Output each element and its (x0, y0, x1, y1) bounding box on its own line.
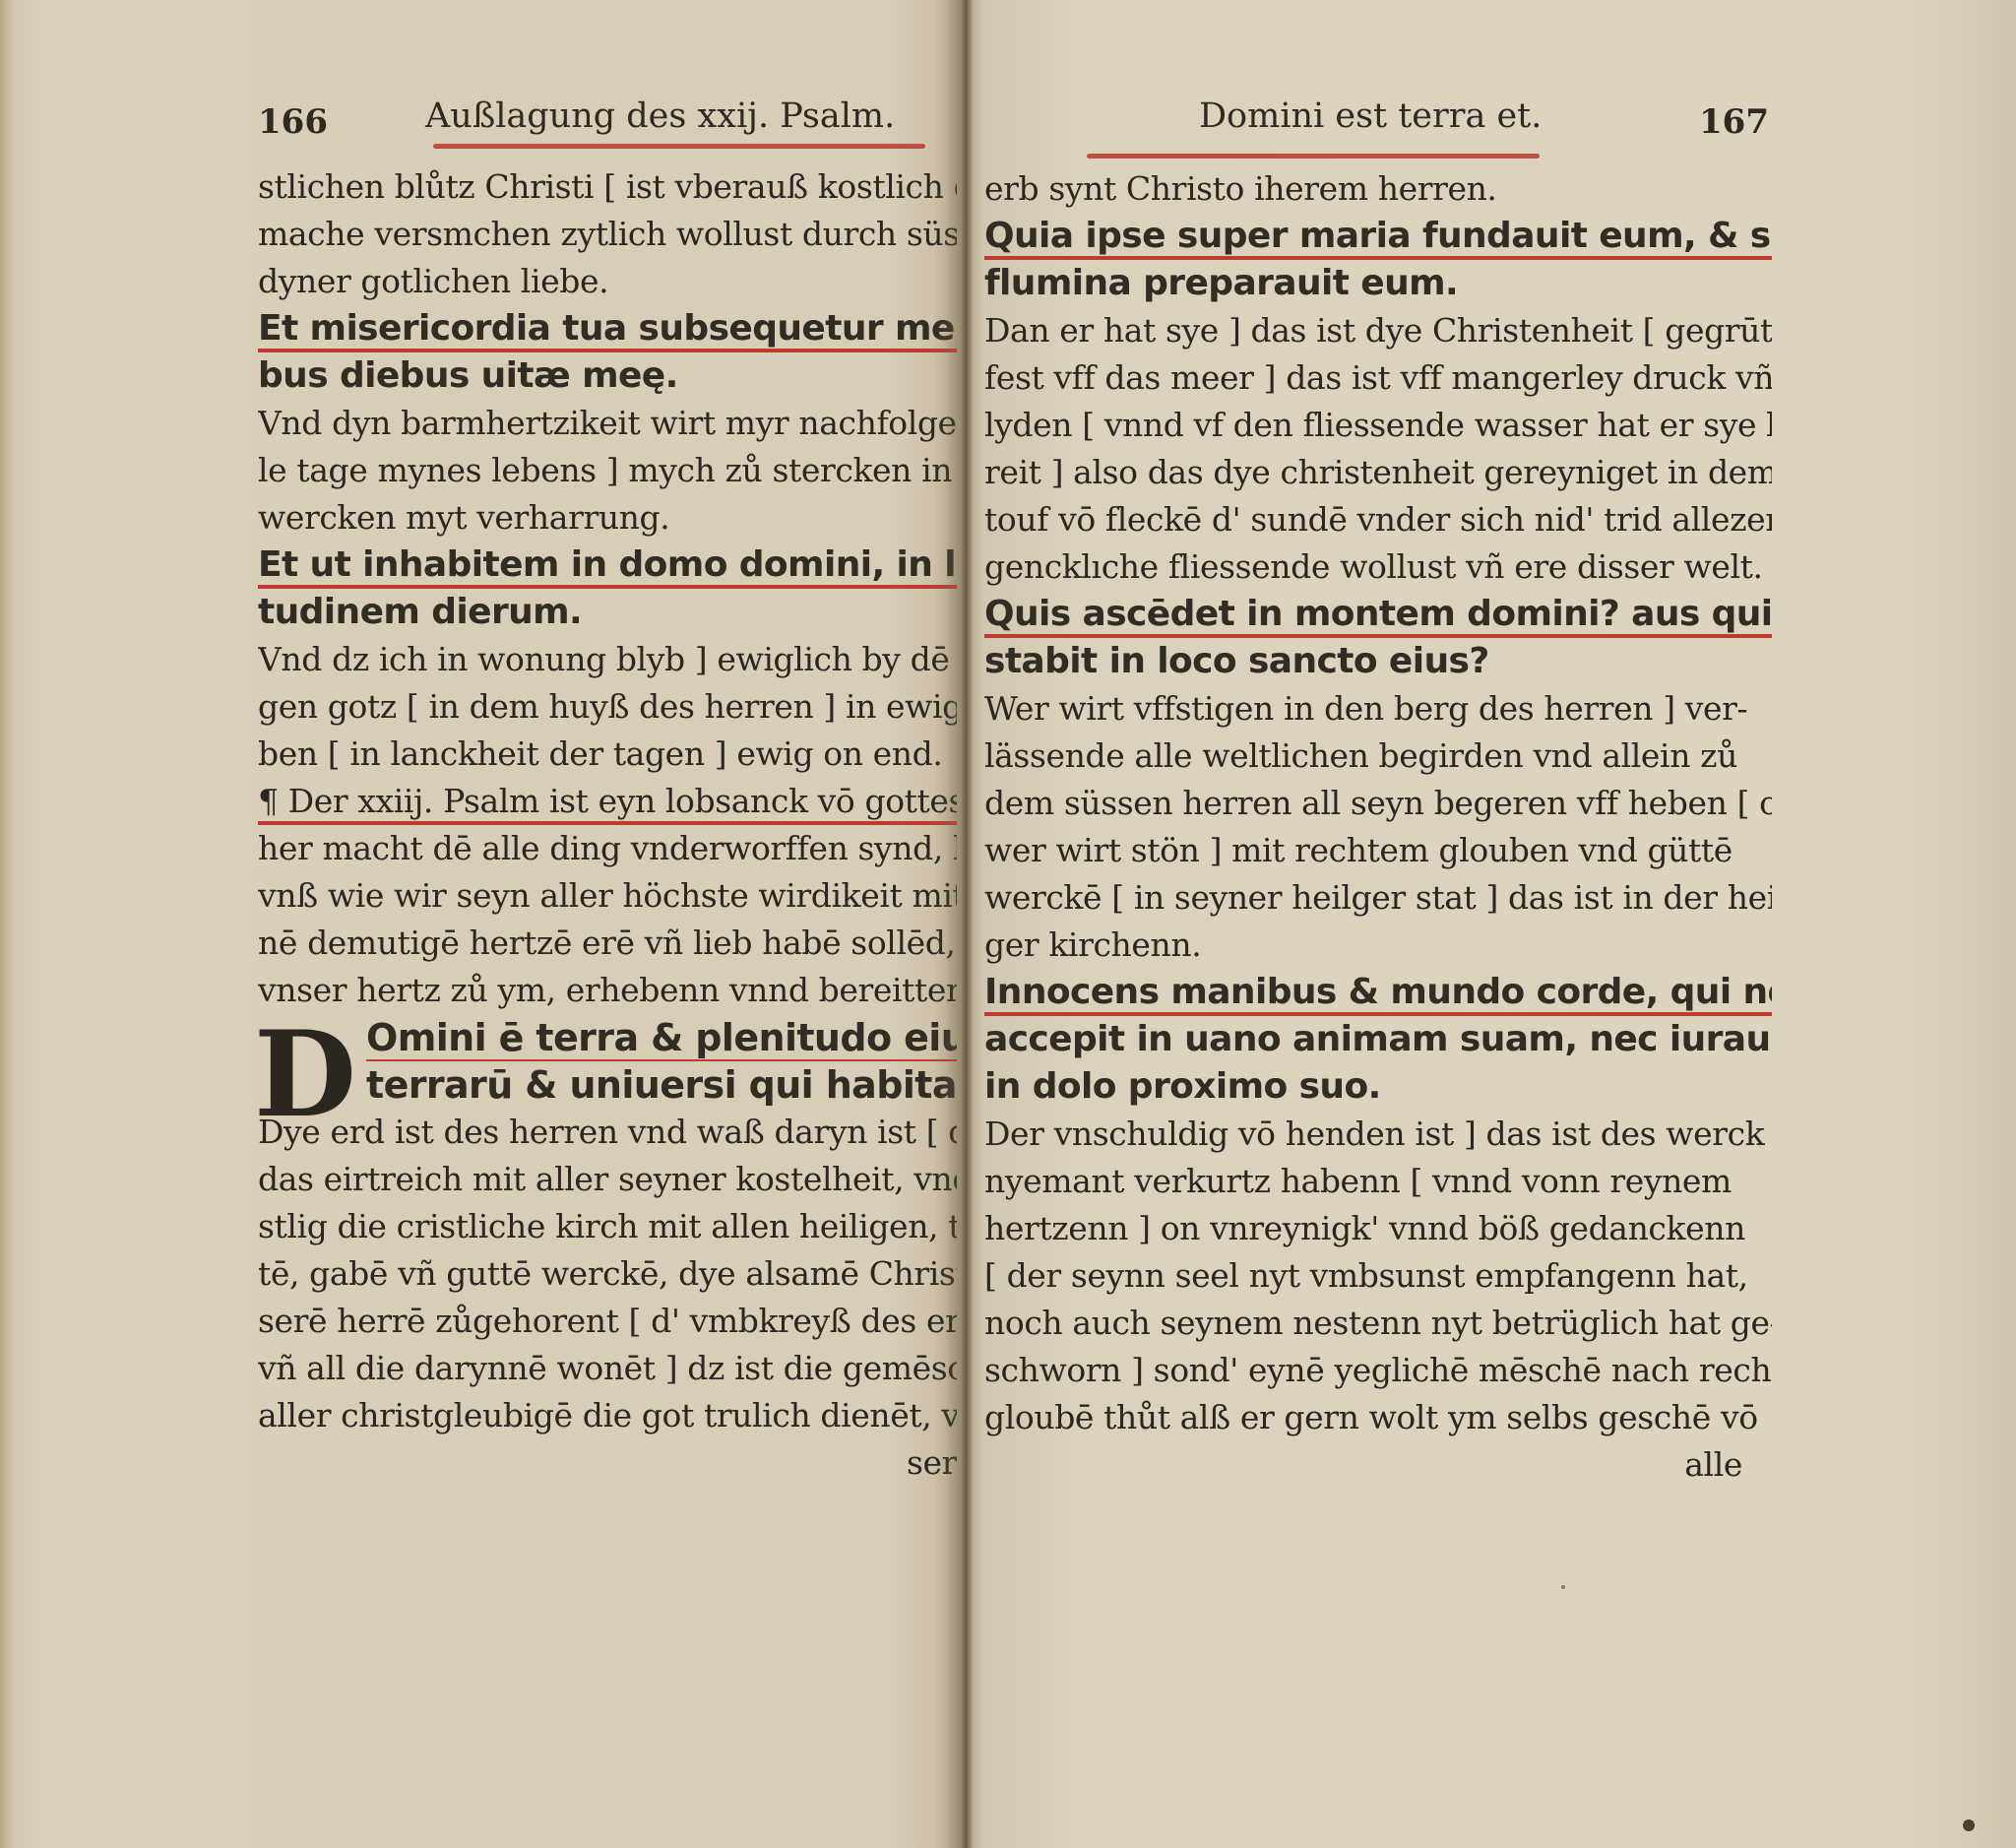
text-line: ger kirchenn. (984, 922, 1772, 969)
latin-verse-line: in dolo proximo suo. (984, 1063, 1772, 1111)
latin-verse-line: Et ut inhabitem in domo domini, in long (258, 542, 957, 589)
latin-verse-line: flumina preparauit eum. (984, 260, 1772, 307)
text-line: Dye erd ist des herren vnd waß daryn ist… (258, 1109, 957, 1156)
latin-verse-line: tudinem dierum. (258, 589, 957, 636)
left-text-column: stlichen blůtz Christi [ ist vberauß kos… (258, 163, 957, 1487)
latin-verse-line: accepit in uano animam suam, nec iurauit (984, 1016, 1772, 1063)
left-folio: 166 (258, 102, 328, 142)
text-line: mache versmchen zytlich wollust durch sü… (258, 211, 957, 258)
text-line: Wer wirt vffstigen in den berg des herre… (984, 685, 1772, 733)
latin-verse-line: Quis ascēdet in montem domini? aus quis (984, 591, 1772, 638)
right-head-rubric-underline (1087, 154, 1540, 159)
text-line: hertzenn ] on vnreynigk' vnnd böß gedanc… (984, 1205, 1772, 1252)
latin-verse-line: Innocens manibus & mundo corde, qui nō (984, 969, 1772, 1016)
drop-cap-initial: D (254, 1016, 356, 1134)
left-page: 166 Außlagung des xxij. Psalm. stlichen … (0, 0, 963, 1848)
text-line: wer wirt stön ] mit rechtem glouben vnd … (984, 827, 1772, 874)
text-line: schworn ] sond' eynē yeglichē mēschē nac… (984, 1347, 1772, 1394)
text-line: Der vnschuldig vō henden ist ] das ist d… (984, 1111, 1772, 1158)
text-line: serē herrē zůgehorent [ d' vmbkreyß des … (258, 1298, 957, 1345)
text-line: nē demutigē hertzē erē vñ lieb habē soll… (258, 920, 957, 967)
text-line: dyner gotlichen liebe. (258, 258, 957, 305)
right-folio: 167 (1699, 102, 1769, 142)
book-spread: 166 Außlagung des xxij. Psalm. stlichen … (0, 0, 2016, 1848)
text-line: Vnd dz ich in wonung blyb ] ewiglich by … (258, 636, 957, 683)
latin-verse-line: bus diebus uitæ meę. (258, 352, 957, 400)
text-line: [ der seynn seel nyt vmbsunst empfangenn… (984, 1252, 1772, 1300)
text-line: gen gotz [ in dem huyß des herren ] in e… (258, 683, 957, 731)
text-line: le tage mynes lebens ] mych zů stercken … (258, 447, 957, 494)
left-head-rubric-underline (433, 144, 925, 149)
text-line: noch auch seynem nestenn nyt betrüglich … (984, 1300, 1772, 1347)
text-line: gloubē thůt alß er gern wolt ym selbs ge… (984, 1394, 1772, 1441)
text-line: vnser hertz zů ym, erhebenn vnnd bereitt… (258, 967, 957, 1014)
text-line: vnß wie wir seyn aller höchste wirdikeit… (258, 872, 957, 920)
text-line: touf vō fleckē d' sundē vnder sich nid' … (984, 496, 1772, 543)
text-line: aller christgleubigē die got trulich die… (258, 1392, 957, 1439)
latin-verse-line-initial: Omini ē terra & plenitudo eius, orb (258, 1014, 957, 1061)
text-line: Vnd dyn barmhertzikeit wirt myr nachfolg… (258, 400, 957, 447)
text-line: wercken myt verharrung. (258, 494, 957, 542)
catchword: ser (258, 1439, 957, 1487)
text-line: stlichen blůtz Christi [ ist vberauß kos… (258, 163, 957, 211)
text-line: stlig die cristliche kirch mit allen hei… (258, 1203, 957, 1250)
text-line: gencklıche fliessende wollust vñ ere dis… (984, 543, 1772, 591)
text-line: werckē [ in seyner heilger stat ] das is… (984, 874, 1772, 922)
latin-verse-line: Et misericordia tua subsequetur me, omni (258, 305, 957, 352)
text-line: Dan er hat sye ] das ist dye Christenhei… (984, 307, 1772, 354)
left-running-head: Außlagung des xxij. Psalm. (425, 96, 895, 136)
catchword: alle (984, 1441, 1772, 1489)
text-line: reit ] also das dye christenheit gereyni… (984, 449, 1772, 496)
right-page: Domini est terra et. 167 erb synt Christ… (967, 0, 2016, 1848)
text-line: lässende alle weltlichen begirden vnd al… (984, 733, 1772, 780)
latin-verse-line: terrarū & uniuersi qui habitant in e (258, 1061, 957, 1109)
text-line: nyemant verkurtz habenn [ vnnd vonn reyn… (984, 1158, 1772, 1205)
right-text-column: erb synt Christo iherem herren. Quia ips… (984, 165, 1772, 1489)
paper-spot (1561, 1585, 1565, 1589)
right-running-head: Domini est terra et. (1199, 96, 1542, 136)
psalm-summary-line: ¶ Der xxiij. Psalm ist eyn lobsanck vō g… (258, 778, 957, 825)
text-line: lyden [ vnnd vf den fliessende wasser ha… (984, 402, 1772, 449)
text-line: vñ all die darynnē wonēt ] dz ist die ge… (258, 1345, 957, 1392)
text-line: erb synt Christo iherem herren. (984, 165, 1772, 213)
text-line: ben [ in lanckheit der tagen ] ewig on e… (258, 731, 957, 778)
text-line: dem süssen herren all seyn begeren vff h… (984, 780, 1772, 827)
latin-verse-line: Quia ipse super maria fundauit eum, & su… (984, 213, 1772, 260)
latin-verse-line: stabit in loco sancto eius? (984, 638, 1772, 685)
text-line: her macht dē alle ding vnderworffen synd… (258, 825, 957, 872)
text-line: fest vff das meer ] das ist vff mangerle… (984, 354, 1772, 402)
paper-spot (1963, 1819, 1975, 1831)
text-line: tē, gabē vñ guttē werckē, dye alsamē Chr… (258, 1250, 957, 1298)
text-line: das eirtreich mit aller seyner kostelhei… (258, 1156, 957, 1203)
